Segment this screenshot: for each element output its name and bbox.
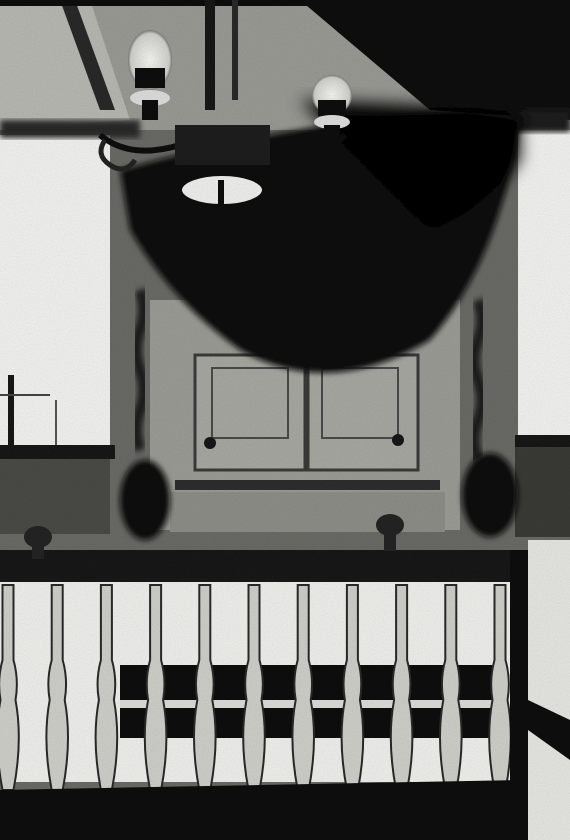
cabinet-handle-right xyxy=(392,434,404,446)
balustrade xyxy=(0,514,528,840)
interior-scene xyxy=(0,0,570,840)
window-right xyxy=(510,110,570,537)
cabinet-handle-left xyxy=(204,437,216,449)
photograph: Black-and-white photograph of an interio… xyxy=(0,0,570,840)
stair-edge-right xyxy=(528,540,570,840)
